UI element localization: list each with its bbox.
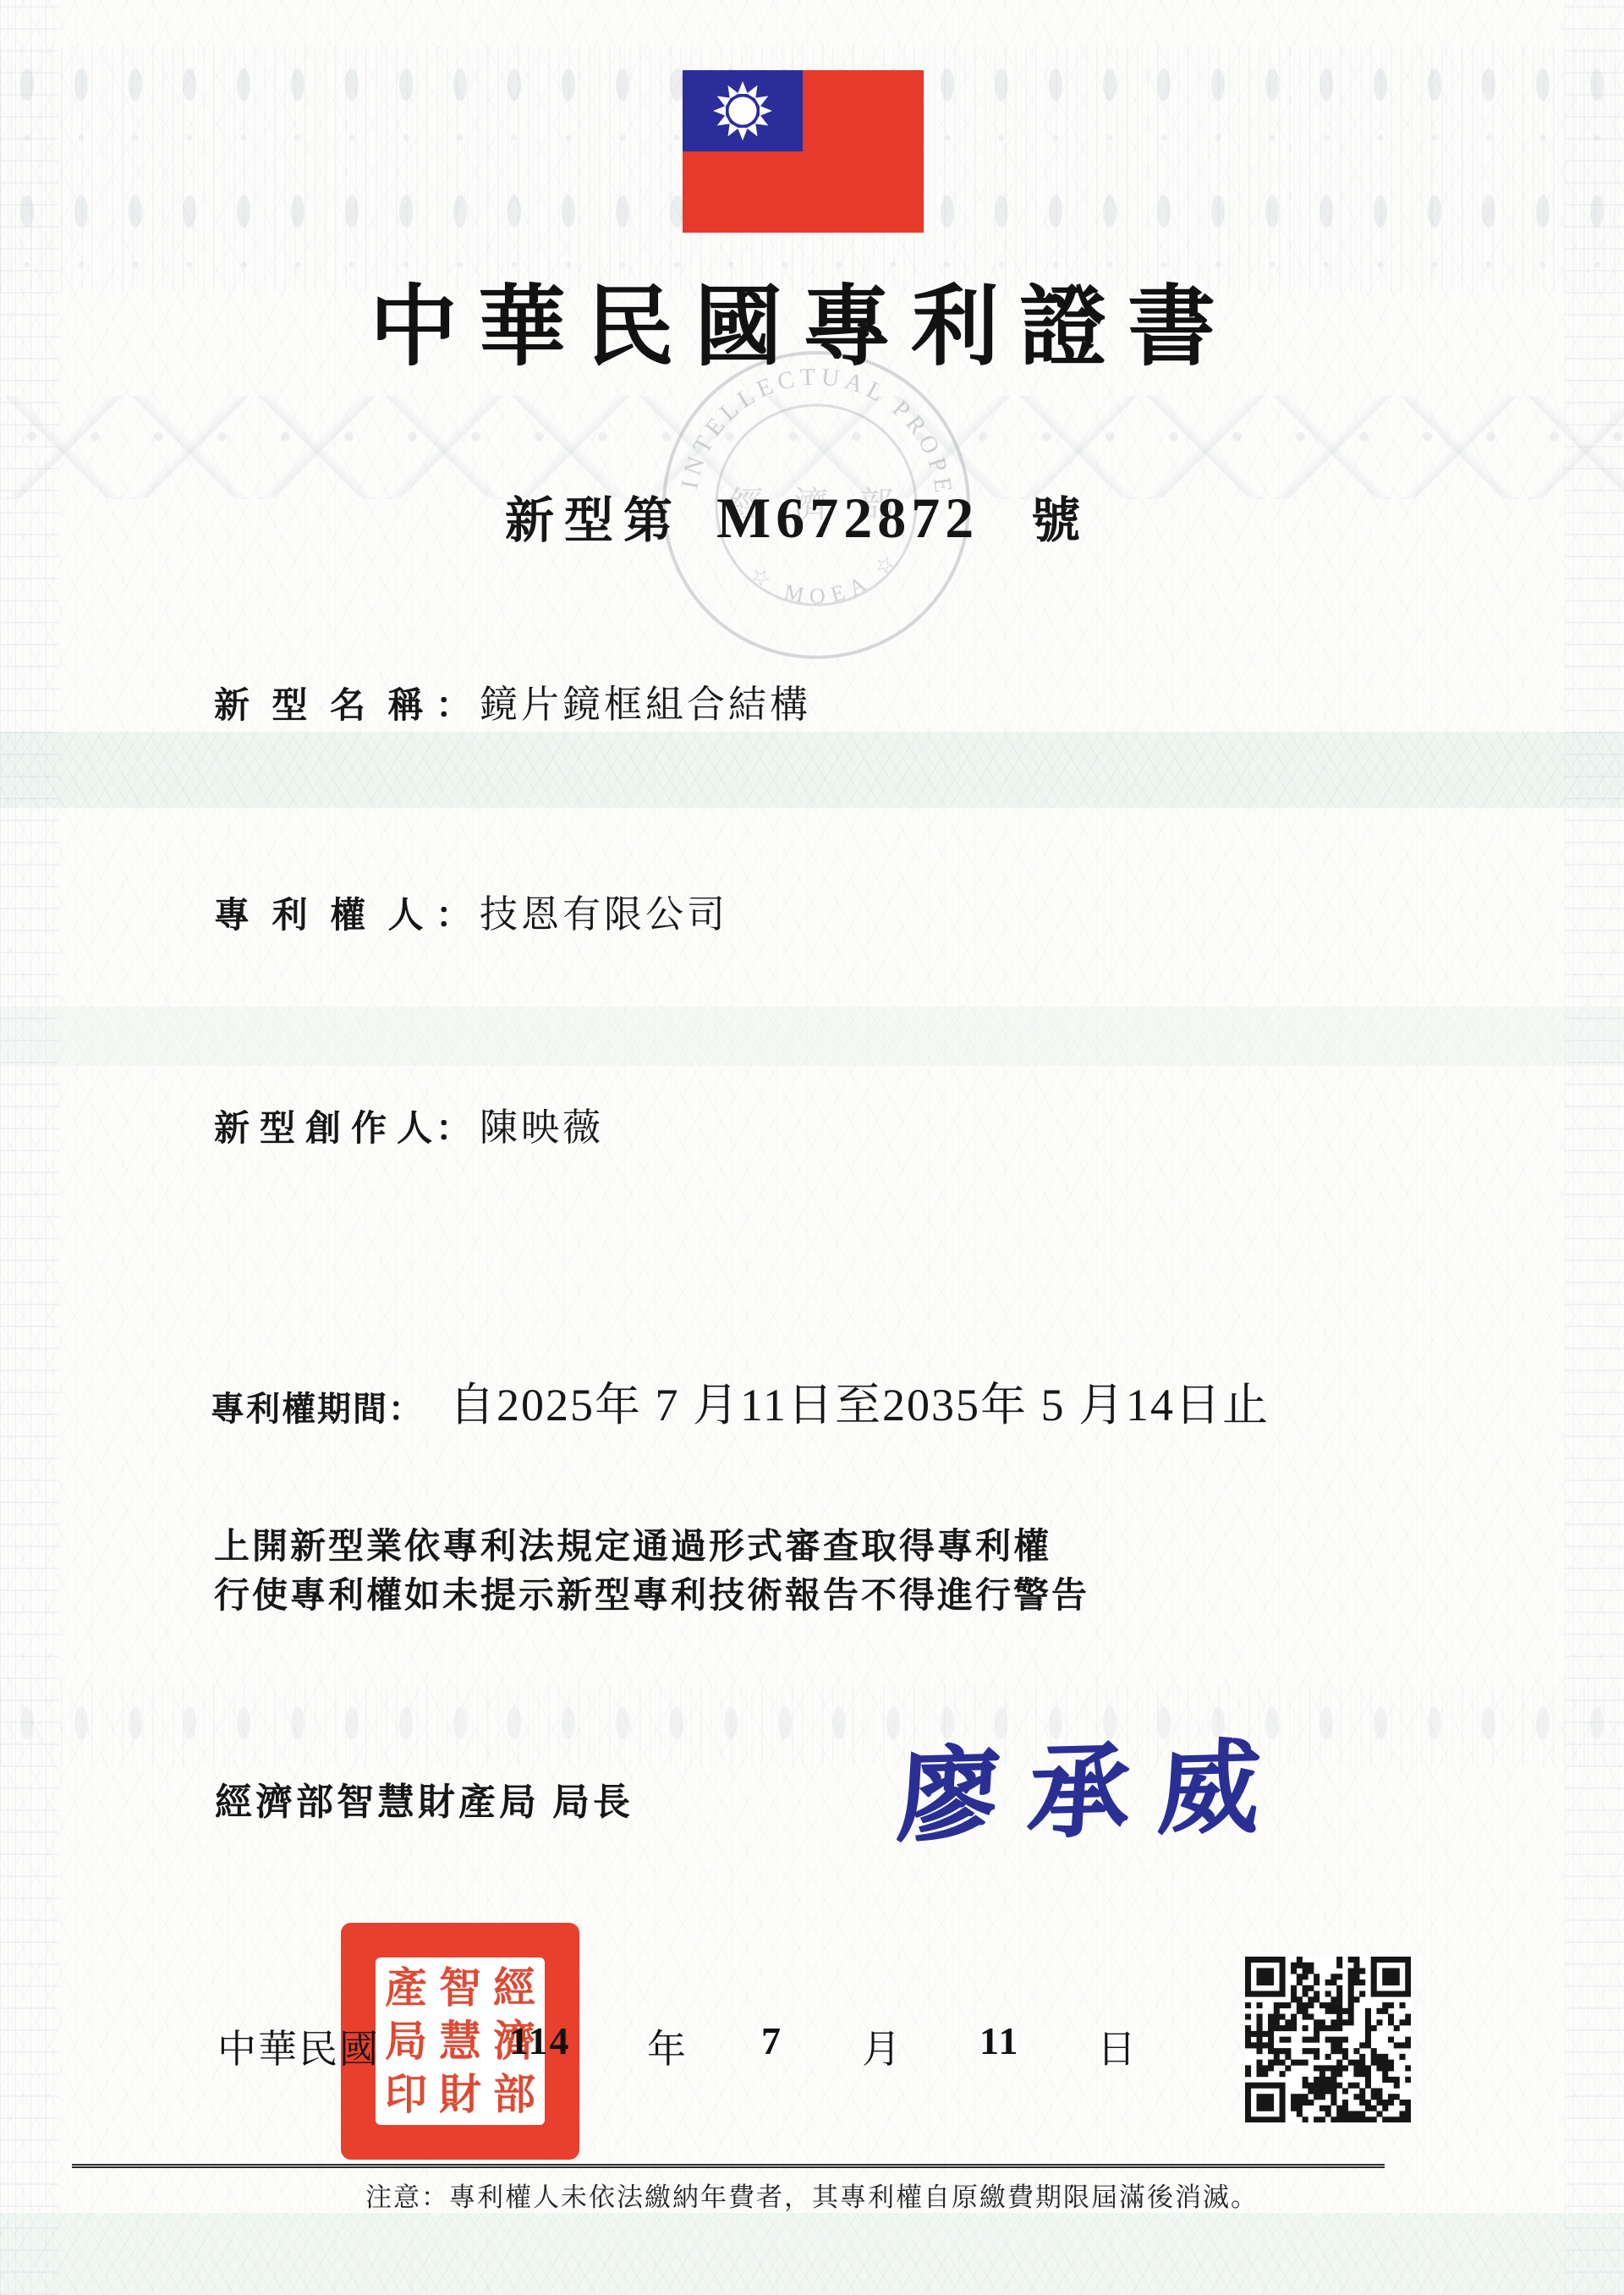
date-month-unit: 月 [862,2018,903,2074]
seal-char: 慧 [439,2020,481,2062]
guilloche-edge-left [0,0,59,2295]
seal-char: 經 [493,1967,535,2009]
field-colon: ： [436,1101,471,1151]
legal-statement: 上開新型業依專利法規定通過形式審查取得專利權 行使專利權如未提示新型專利技術報告… [214,1523,1089,1621]
term-label: 專利權期間： [211,1382,424,1430]
term-value: 自2025年 7 月11日至2035年 5 月14日止 [449,1369,1270,1434]
date-day: 11 [979,2018,1019,2063]
patent-certificate-page: INTELLECTUAL PROPERTY OFFICE ☆ MOEA ☆ 經 … [0,0,1624,2295]
footer-note: 注意：專利權人未依法繳納年費者，其專利權自原繳費期限屆滿後消滅。 [0,2176,1624,2214]
issuer-title: 經濟部智慧財產局 局長 [215,1771,634,1826]
date-month: 7 [761,2018,782,2063]
date-year-unit: 年 [647,2018,688,2074]
field-colon: ： [436,678,471,728]
guilloche-edge-right [1565,0,1624,2295]
field-value: 技恩有限公司 [471,883,728,938]
footer-divider [72,2164,1385,2168]
date-year: 114 [509,2018,570,2063]
field-value: 鏡片鏡框組合結構 [471,673,811,728]
roc-flag-graphic [683,70,924,233]
patent-number-prefix: 新型第 [505,480,683,552]
director-general-signature: 廖承威 [894,1705,1293,1861]
patent-number-suffix: 號 [1031,480,1090,552]
qr-code [1245,1957,1411,2122]
patent-number-value: M672872 [716,485,979,552]
certificate-title: 中華民國專利證書 [370,283,1236,374]
guilloche-band-mint-2 [0,1007,1624,1066]
field-row-creator: 新型創作人：陳映薇 [214,1096,604,1151]
guilloche-strip-low [0,1685,1624,1765]
guilloche-band-mint-1 [0,732,1624,808]
seal-char: 產 [385,1967,427,2009]
seal-char: 局 [385,2020,427,2062]
patent-number-line: 新型第 M672872 號 [505,480,1090,552]
guilloche-band-bottom [0,2213,1624,2295]
watermark-arc-bottom-text: ☆ MOEA ☆ [745,544,905,609]
seal-char: 印 [385,2073,427,2116]
seal-char: 財 [439,2073,481,2116]
seal-char: 部 [493,2073,535,2116]
legal-line-1: 上開新型業依專利法規定通過形式審查取得專利權 [214,1523,1089,1572]
date-day-unit: 日 [1097,2018,1138,2074]
field-label: 新型創作人 [214,1101,436,1151]
field-row-patentee: 專 利 權 人：技恩有限公司 [214,883,728,938]
svg-text:☆ MOEA ☆: ☆ MOEA ☆ [745,544,905,609]
field-label: 新 型 名 稱 [214,678,436,728]
seal-char: 智 [439,1967,481,2009]
field-row-patent-term: 專利權期間： 自2025年 7 月11日至2035年 5 月14日止 [211,1369,1270,1434]
field-row-utility-model-name: 新 型 名 稱：鏡片鏡框組合結構 [214,673,811,728]
field-value: 陳映薇 [471,1096,604,1151]
legal-line-2: 行使專利權如未提示新型專利技術報告不得進行警告 [214,1572,1089,1621]
field-label: 專 利 權 人 [214,887,436,938]
date-era: 中華民國 [217,2018,380,2074]
field-colon: ： [436,887,471,938]
roc-flag [683,70,924,233]
